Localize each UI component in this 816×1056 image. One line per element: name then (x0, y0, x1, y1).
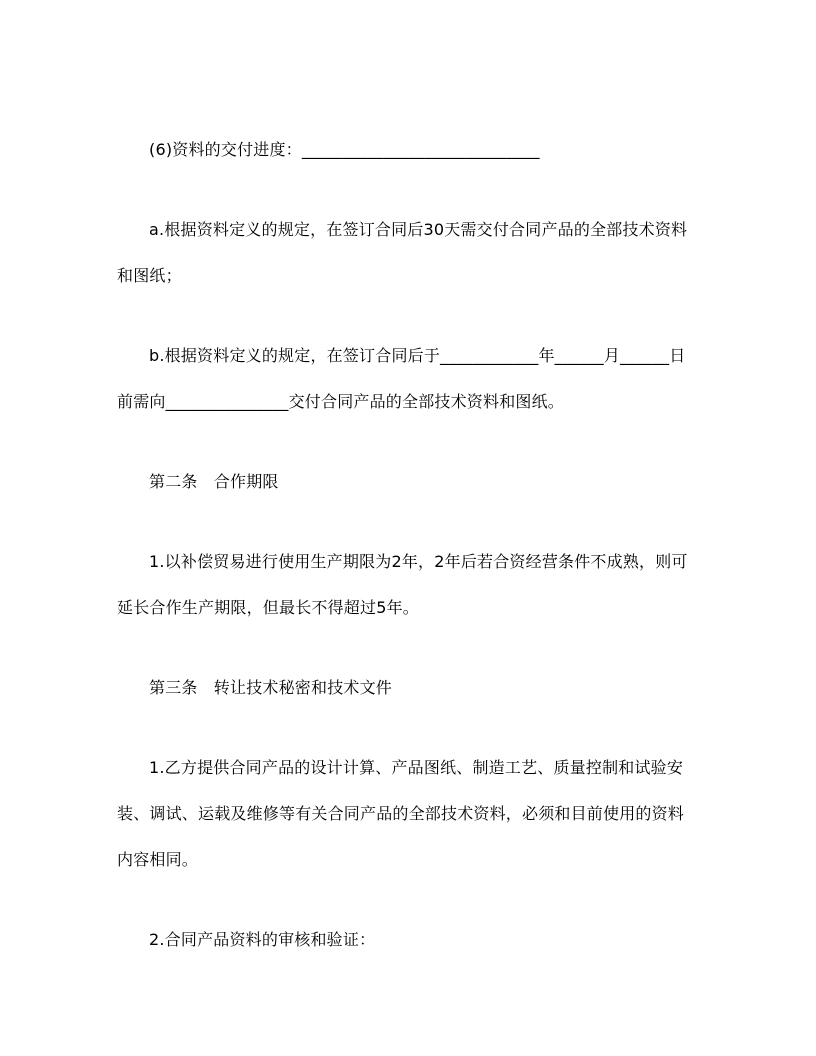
para-item-b: b.根据资料定义的规定，在签订合同后于____________年______月_… (117, 333, 698, 425)
heading-article-3: 第三条 转让技术秘密和技术文件 (117, 665, 698, 711)
para-article3-item2: 2.合同产品资料的审核和验证： (117, 917, 698, 963)
heading-article-2: 第二条 合作期限 (117, 459, 698, 505)
para-delivery-schedule: (6)资料的交付进度：_____________________________ (117, 127, 698, 173)
para-article3-item1: 1.乙方提供合同产品的设计计算、产品图纸、制造工艺、质量控制和试验安装、调试、运… (117, 745, 698, 883)
para-item-a: a.根据资料定义的规定，在签订合同后30天需交付合同产品的全部技术资料和图纸； (117, 207, 698, 299)
para-article2-item1: 1.以补偿贸易进行使用生产期限为2年，2年后若合资经营条件不成熟，则可延长合作生… (117, 539, 698, 631)
document-page: (6)资料的交付进度：_____________________________… (0, 0, 816, 1056)
